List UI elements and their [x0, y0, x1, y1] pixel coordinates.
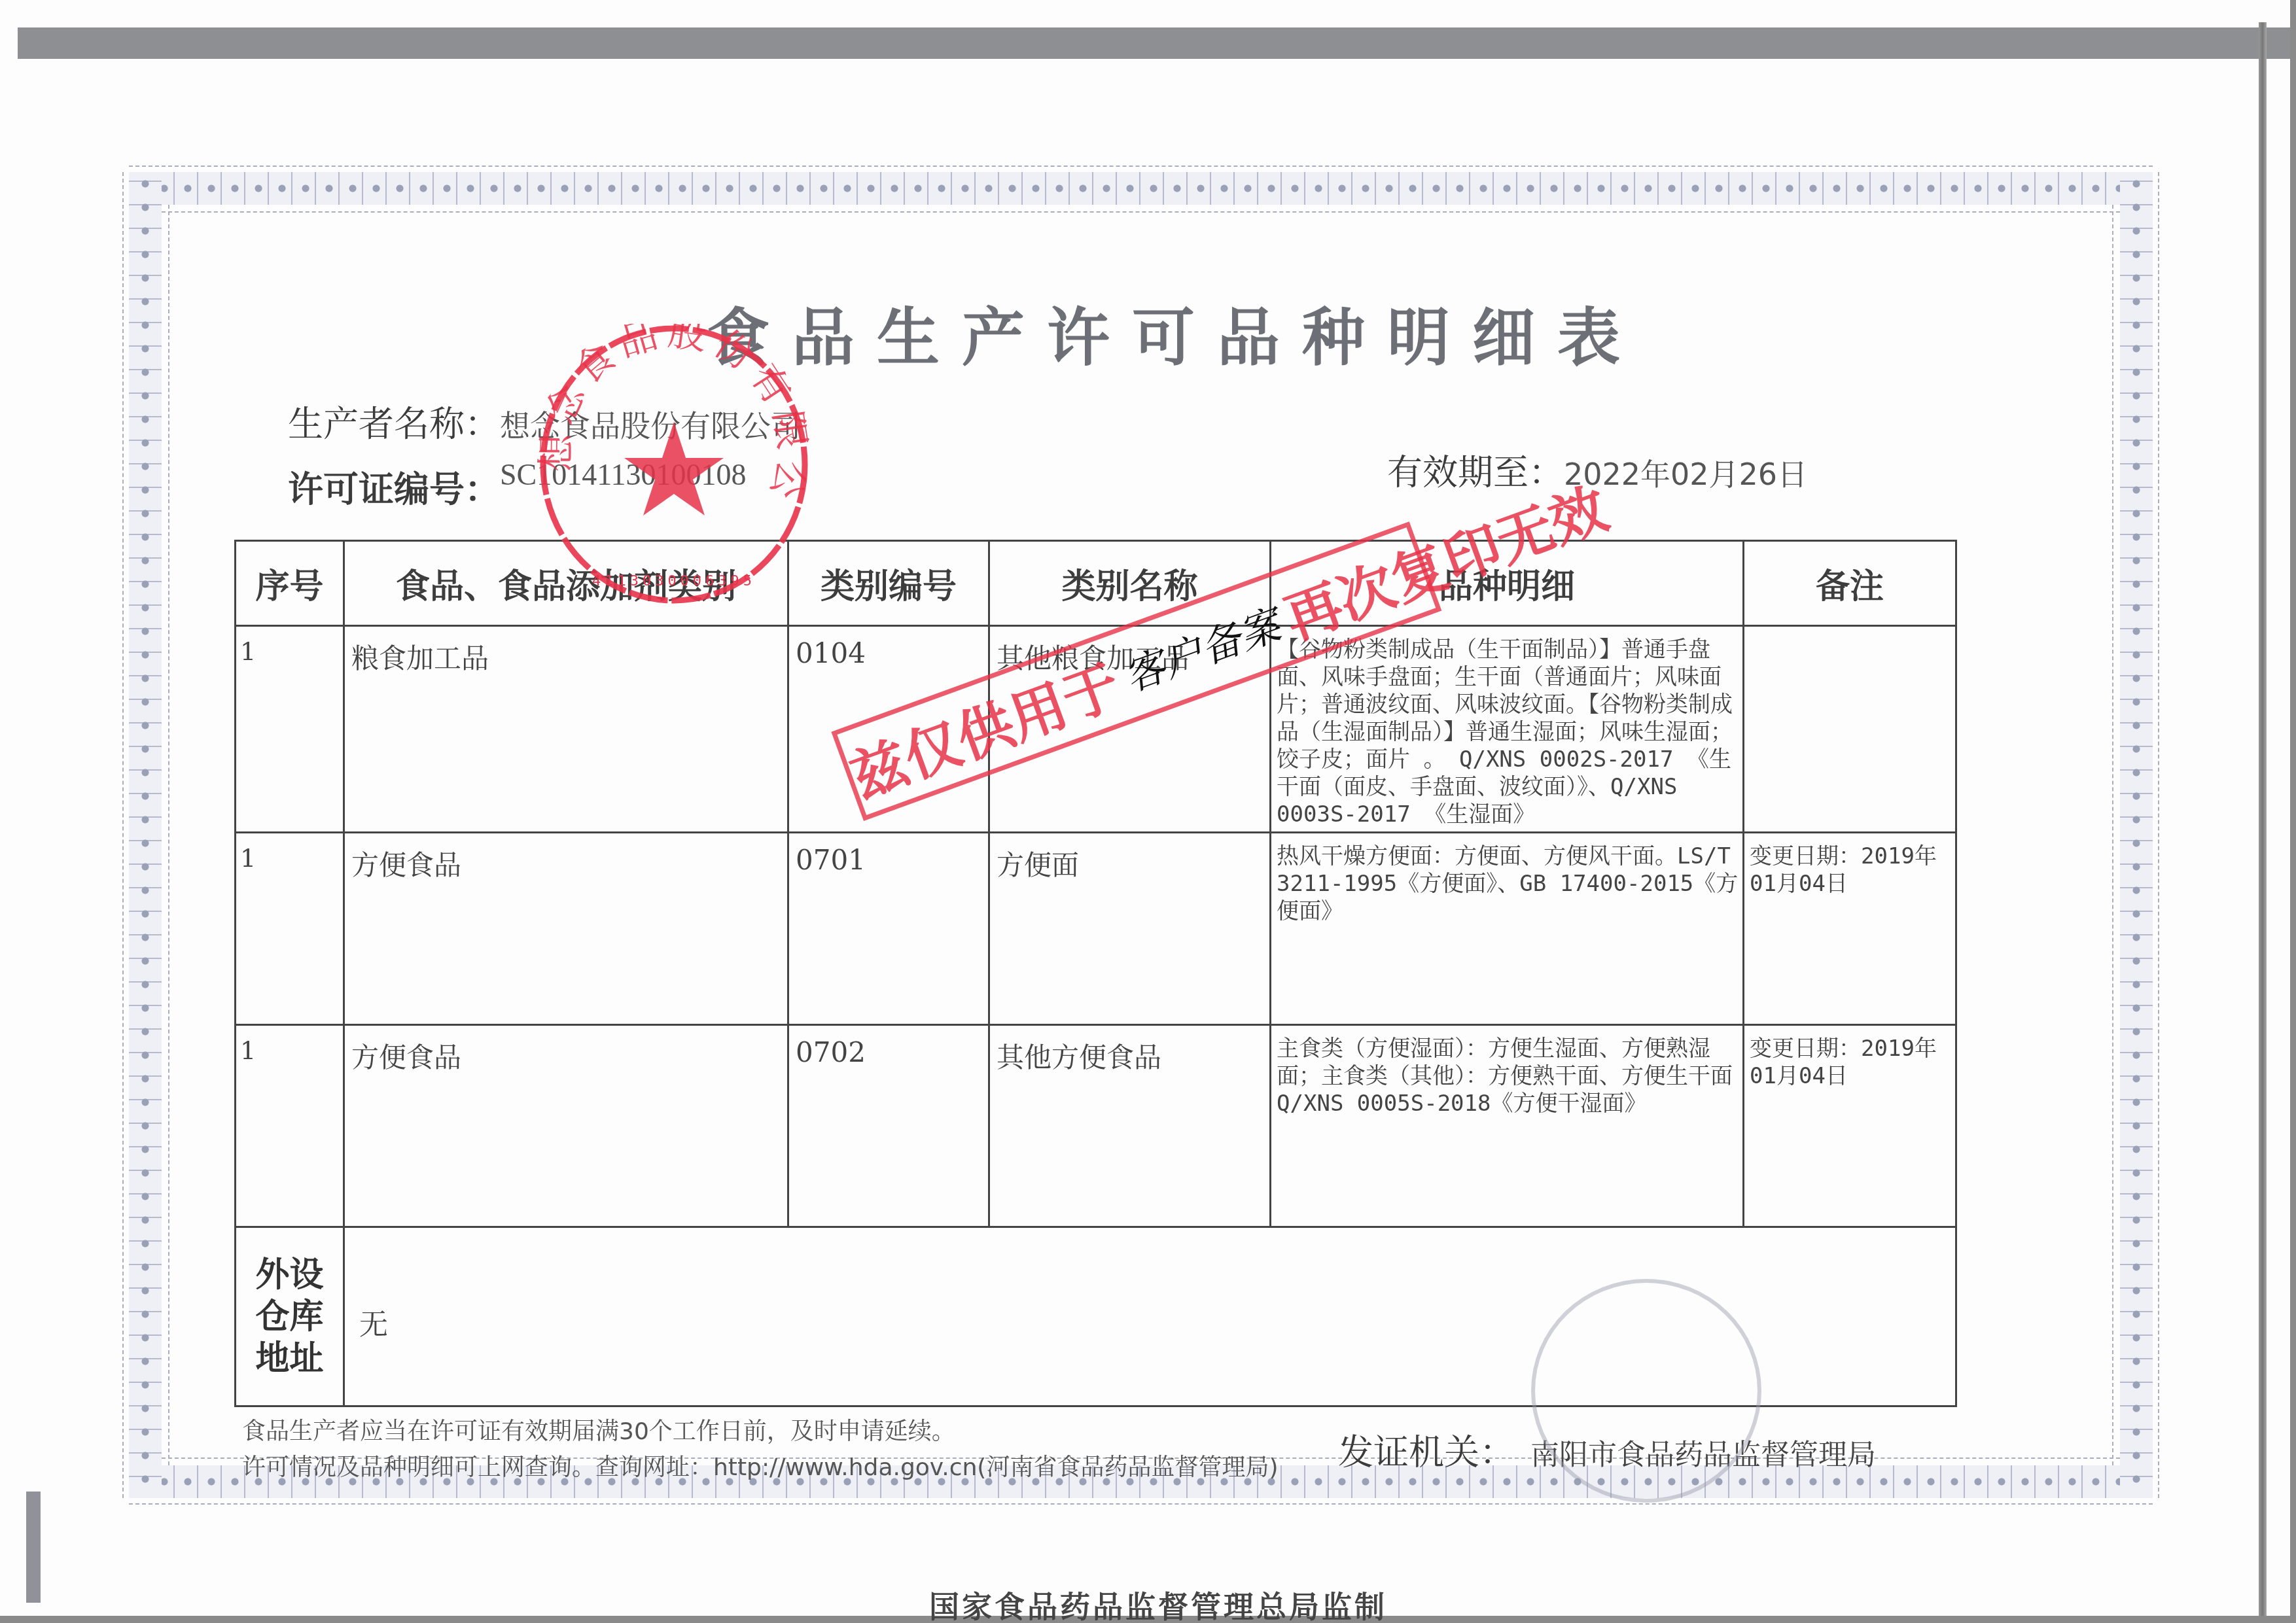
query-note: 许可情况及品种明细可上网查询。查询网址：http://www.hda.gov.c… — [242, 1449, 1278, 1482]
border-band-top — [129, 172, 2153, 205]
scan-edge-top — [18, 27, 2296, 59]
authority-seal — [1531, 1279, 1761, 1503]
table-row: 1 方便食品 0701 方便面 热风干燥方便面：方便面、方便风干面。LS/T 3… — [236, 833, 1956, 1025]
issuer-label: 发证机关： — [1338, 1432, 1515, 1473]
producer-label: 生产者名称： — [288, 404, 500, 445]
company-seal-icon: 想念食品股份有限公司 4113030006395 — [537, 324, 811, 605]
row-remark: 变更日期：2019年01月04日 — [1744, 1025, 1956, 1227]
row-code: 0701 — [788, 833, 989, 1025]
row-category: 粮食加工品 — [344, 626, 788, 833]
renewal-note: 食品生产者应当在许可证有效期届满30个工作日前，及时申请延续。 — [242, 1413, 955, 1446]
header-code: 类别编号 — [788, 541, 989, 626]
header-remark: 备注 — [1744, 541, 1956, 626]
supervised-by-footer: 国家食品药品监督管理总局监制 — [929, 1583, 1387, 1623]
valid-until-date: 2022年02月26日 — [1564, 457, 1807, 492]
scan-edge-right-outer — [2290, 0, 2296, 1623]
table-header-row: 序号 食品、食品添加剂类别 类别编号 类别名称 品种明细 备注 — [236, 541, 1956, 626]
document-title: 食品生产许可品种明细表 — [707, 288, 1642, 377]
license-label: 许可证编号： — [288, 469, 500, 510]
row-code: 0702 — [788, 1025, 989, 1227]
row-seq: 1 — [236, 833, 344, 1025]
warehouse-label: 外设仓库地址 — [236, 1227, 344, 1406]
row-remark: 变更日期：2019年01月04日 — [1744, 833, 1956, 1025]
row-detail: 热风干燥方便面：方便面、方便风干面。LS/T 3211-1995《方便面》、GB… — [1271, 833, 1744, 1025]
row-category: 方便食品 — [344, 1025, 788, 1227]
warehouse-label-text: 外设仓库地址 — [255, 1255, 323, 1378]
row-seq: 1 — [236, 1025, 344, 1227]
row-name: 方便面 — [989, 833, 1271, 1025]
row-detail: 主食类（方便湿面）：方便生湿面、方便熟湿面；主食类（其他）：方便熟干面、方便生干… — [1271, 1025, 1744, 1227]
border-band-right — [2120, 172, 2153, 1498]
row-name: 其他方便食品 — [989, 1025, 1271, 1227]
row-detail: 【谷物粉类制成品（生干面制品）】普通手盘面、风味手盘面；生干面（普通面片；风味面… — [1271, 626, 1744, 833]
header-seq: 序号 — [236, 541, 344, 626]
svg-text:4113030006395: 4113030006395 — [592, 573, 756, 589]
row-category: 方便食品 — [344, 833, 788, 1025]
scan-edge-left — [26, 1492, 41, 1603]
table-row: 1 方便食品 0702 其他方便食品 主食类（方便湿面）：方便生湿面、方便熟湿面… — [236, 1025, 1956, 1227]
row-remark — [1744, 626, 1956, 833]
row-seq: 1 — [236, 626, 344, 833]
scan-edge-right — [2259, 22, 2267, 1623]
border-band-left — [129, 172, 162, 1498]
